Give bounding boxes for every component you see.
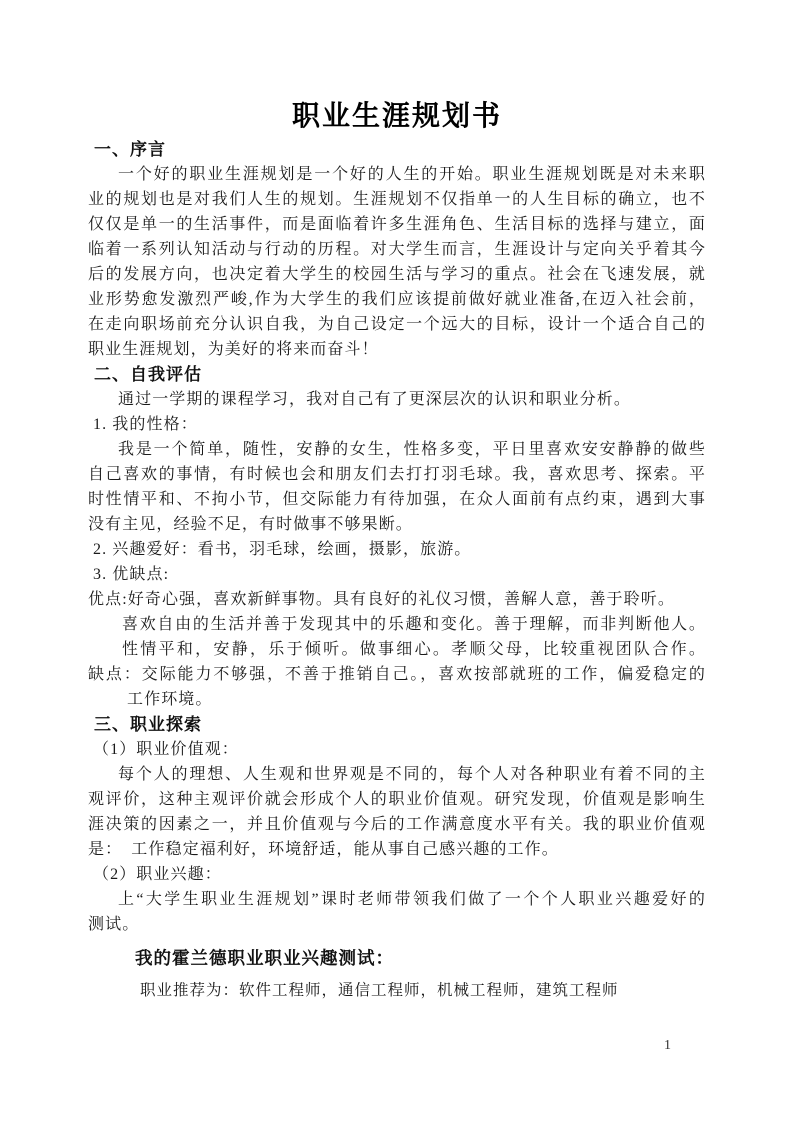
paragraph-line: 上“大学生职业生涯规划”课时老师带领我们做了一个个人职业兴趣爱好的: [88, 887, 706, 912]
subsection-label: （2）职业兴趣：: [93, 862, 706, 887]
paragraph-line: 缺点：交际能力不够强，不善于推销自己。，喜欢按部就班的工作，偏爱稳定的: [88, 662, 706, 687]
paragraph-line: 观评价，这种主观评价就会形成个人的职业价值观。研究发现，价值观是影响生: [88, 787, 706, 812]
document-content: 职业生涯规划书 一、序言一个好的职业生涯规划是一个好的人生的开始。职业生涯规划既…: [88, 0, 706, 1003]
document-body: 一、序言一个好的职业生涯规划是一个好的人生的开始。职业生涯规划既是对未来职业的规…: [88, 137, 706, 1003]
paragraph-line: 仅仅是单一的生活事件，而是面临着许多生涯角色、生活目标的选择与建立，面: [88, 212, 706, 237]
numbered-item: 3. 优缺点:: [93, 562, 706, 587]
paragraph-line: 是： 工作稳定福利好，环境舒适，能从事自己感兴趣的工作。: [88, 837, 706, 862]
numbered-item: 2. 兴趣爱好：看书，羽毛球，绘画，摄影，旅游。: [93, 537, 706, 562]
paragraph-line: 通过一学期的课程学习，我对自己有了更深层次的认识和职业分析。: [88, 387, 706, 412]
paragraph-line: 工作环境。: [127, 687, 706, 712]
paragraph-line: 自己喜欢的事情，有时候也会和朋友们去打打羽毛球。我，喜欢思考、探索。平: [88, 462, 706, 487]
paragraph-line: 没有主见，经验不足，有时做事不够果断。: [88, 512, 706, 537]
paragraph-line: 我是一个简单，随性，安静的女生，性格多变，平日里喜欢安安静静的做些: [88, 437, 706, 462]
paragraph-line: 后的发展方向，也决定着大学生的校园生活与学习的重点。社会在飞速发展，就: [88, 262, 706, 287]
numbered-item: 1. 我的性格：: [93, 412, 706, 437]
paragraph-line: 优点:好奇心强，喜欢新鲜事物。具有良好的礼仪习惯，善解人意，善于聆听。: [88, 587, 706, 612]
paragraph-line: 在走向职场前充分认识自我，为自己设定一个远大的目标，设计一个适合自己的: [88, 312, 706, 337]
section-heading: 三、职业探索: [94, 712, 706, 737]
paragraph-line: 涯决策的因素之一，并且价值观与今后的工作满意度水平有关。我的职业价值观: [88, 812, 706, 837]
paragraph-line: 性情平和，安静，乐于倾听。做事细心。孝顺父母，比较重视团队合作。: [122, 637, 706, 662]
paragraph-line: 业的规划也是对我们人生的规划。生涯规划不仅指单一的人生目标的确立，也不: [88, 187, 706, 212]
paragraph-line: 时性情平和、不拘小节，但交际能力有待加强，在众人面前有点约束，遇到大事: [88, 487, 706, 512]
page-number: 1: [664, 1037, 671, 1055]
document-page: 职业生涯规划书 一、序言一个好的职业生涯规划是一个好的人生的开始。职业生涯规划既…: [0, 0, 793, 1122]
paragraph-line: 一个好的职业生涯规划是一个好的人生的开始。职业生涯规划既是对未来职: [88, 162, 706, 187]
holland-test-heading: 我的霍兰德职业职业兴趣测试：: [135, 944, 706, 972]
paragraph-line: 喜欢自由的生活并善于发现其中的乐趣和变化。善于理解，而非判断他人。: [122, 612, 706, 637]
subsection-label: （1）职业价值观：: [93, 737, 706, 762]
section-heading: 二、自我评估: [94, 362, 706, 387]
section-heading: 一、序言: [94, 137, 706, 162]
paragraph-line: 职业生涯规划，为美好的将来而奋斗！: [88, 337, 706, 362]
paragraph-line: 业形势愈发激烈严峻,作为大学生的我们应该提前做好就业准备,在迈入社会前，: [88, 287, 706, 312]
document-title: 职业生涯规划书: [88, 98, 706, 134]
career-recommendation-line: 职业推荐为：软件工程师，通信工程师，机械工程师，建筑工程师: [140, 978, 706, 1003]
paragraph-line: 每个人的理想、人生观和世界观是不同的，每个人对各种职业有着不同的主: [88, 762, 706, 787]
paragraph-line: 测试。: [88, 912, 706, 937]
paragraph-line: 临着一系列认知活动与行动的历程。对大学生而言，生涯设计与定向关乎着其今: [88, 237, 706, 262]
